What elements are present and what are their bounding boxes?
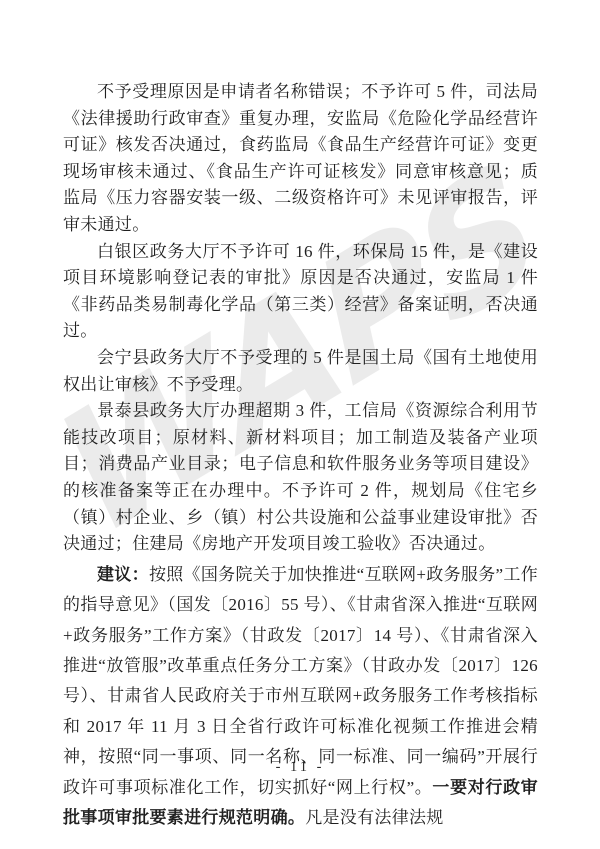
paragraph-jingtai-county-run-0: 景泰县政务大厅办理超期 3 件，工信局《资源综合利用节能技改项目；原材料、新材料… bbox=[63, 401, 538, 553]
document-body: 不予受理原因是申请者名称错误；不予许可 5 件，司法局《法律援助行政审查》重复办… bbox=[63, 79, 538, 833]
paragraph-huining-county: 会宁县政务大厅不予受理的 5 件是国土局《国有土地使用权出让审核》不予受理。 bbox=[63, 345, 538, 398]
paragraph-jingtai-county: 景泰县政务大厅办理超期 3 件，工信局《资源综合利用节能技改项目；原材料、新材料… bbox=[63, 398, 538, 558]
paragraph-baiyin-district: 白银区政务大厅不予许可 16 件，环保局 15 件，是《建设项目环境影响登记表的… bbox=[63, 239, 538, 345]
document-page: WAPS 不予受理原因是申请者名称错误；不予许可 5 件，司法局《法律援助行政审… bbox=[0, 0, 600, 849]
paragraph-baiyin-district-run-0: 白银区政务大厅不予许可 16 件，环保局 15 件，是《建设项目环境影响登记表的… bbox=[63, 242, 538, 341]
paragraph-suggestions-run-3: 凡是没有法律法规 bbox=[305, 808, 443, 827]
paragraph-rejection-reasons-run-0: 不予受理原因是申请者名称错误；不予许可 5 件，司法局《法律援助行政审查》重复办… bbox=[63, 82, 538, 234]
paragraph-suggestions-run-0: 建议： bbox=[97, 565, 149, 584]
paragraph-huining-county-run-0: 会宁县政务大厅不予受理的 5 件是国土局《国有土地使用权出让审核》不予受理。 bbox=[63, 348, 538, 394]
page-number: - 11 - bbox=[0, 759, 600, 776]
paragraph-suggestions: 建议：按照《国务院关于加快推进“互联网+政务服务”工作的指导意见》（国发〔201… bbox=[63, 560, 538, 834]
paragraph-rejection-reasons: 不予受理原因是申请者名称错误；不予许可 5 件，司法局《法律援助行政审查》重复办… bbox=[63, 79, 538, 239]
